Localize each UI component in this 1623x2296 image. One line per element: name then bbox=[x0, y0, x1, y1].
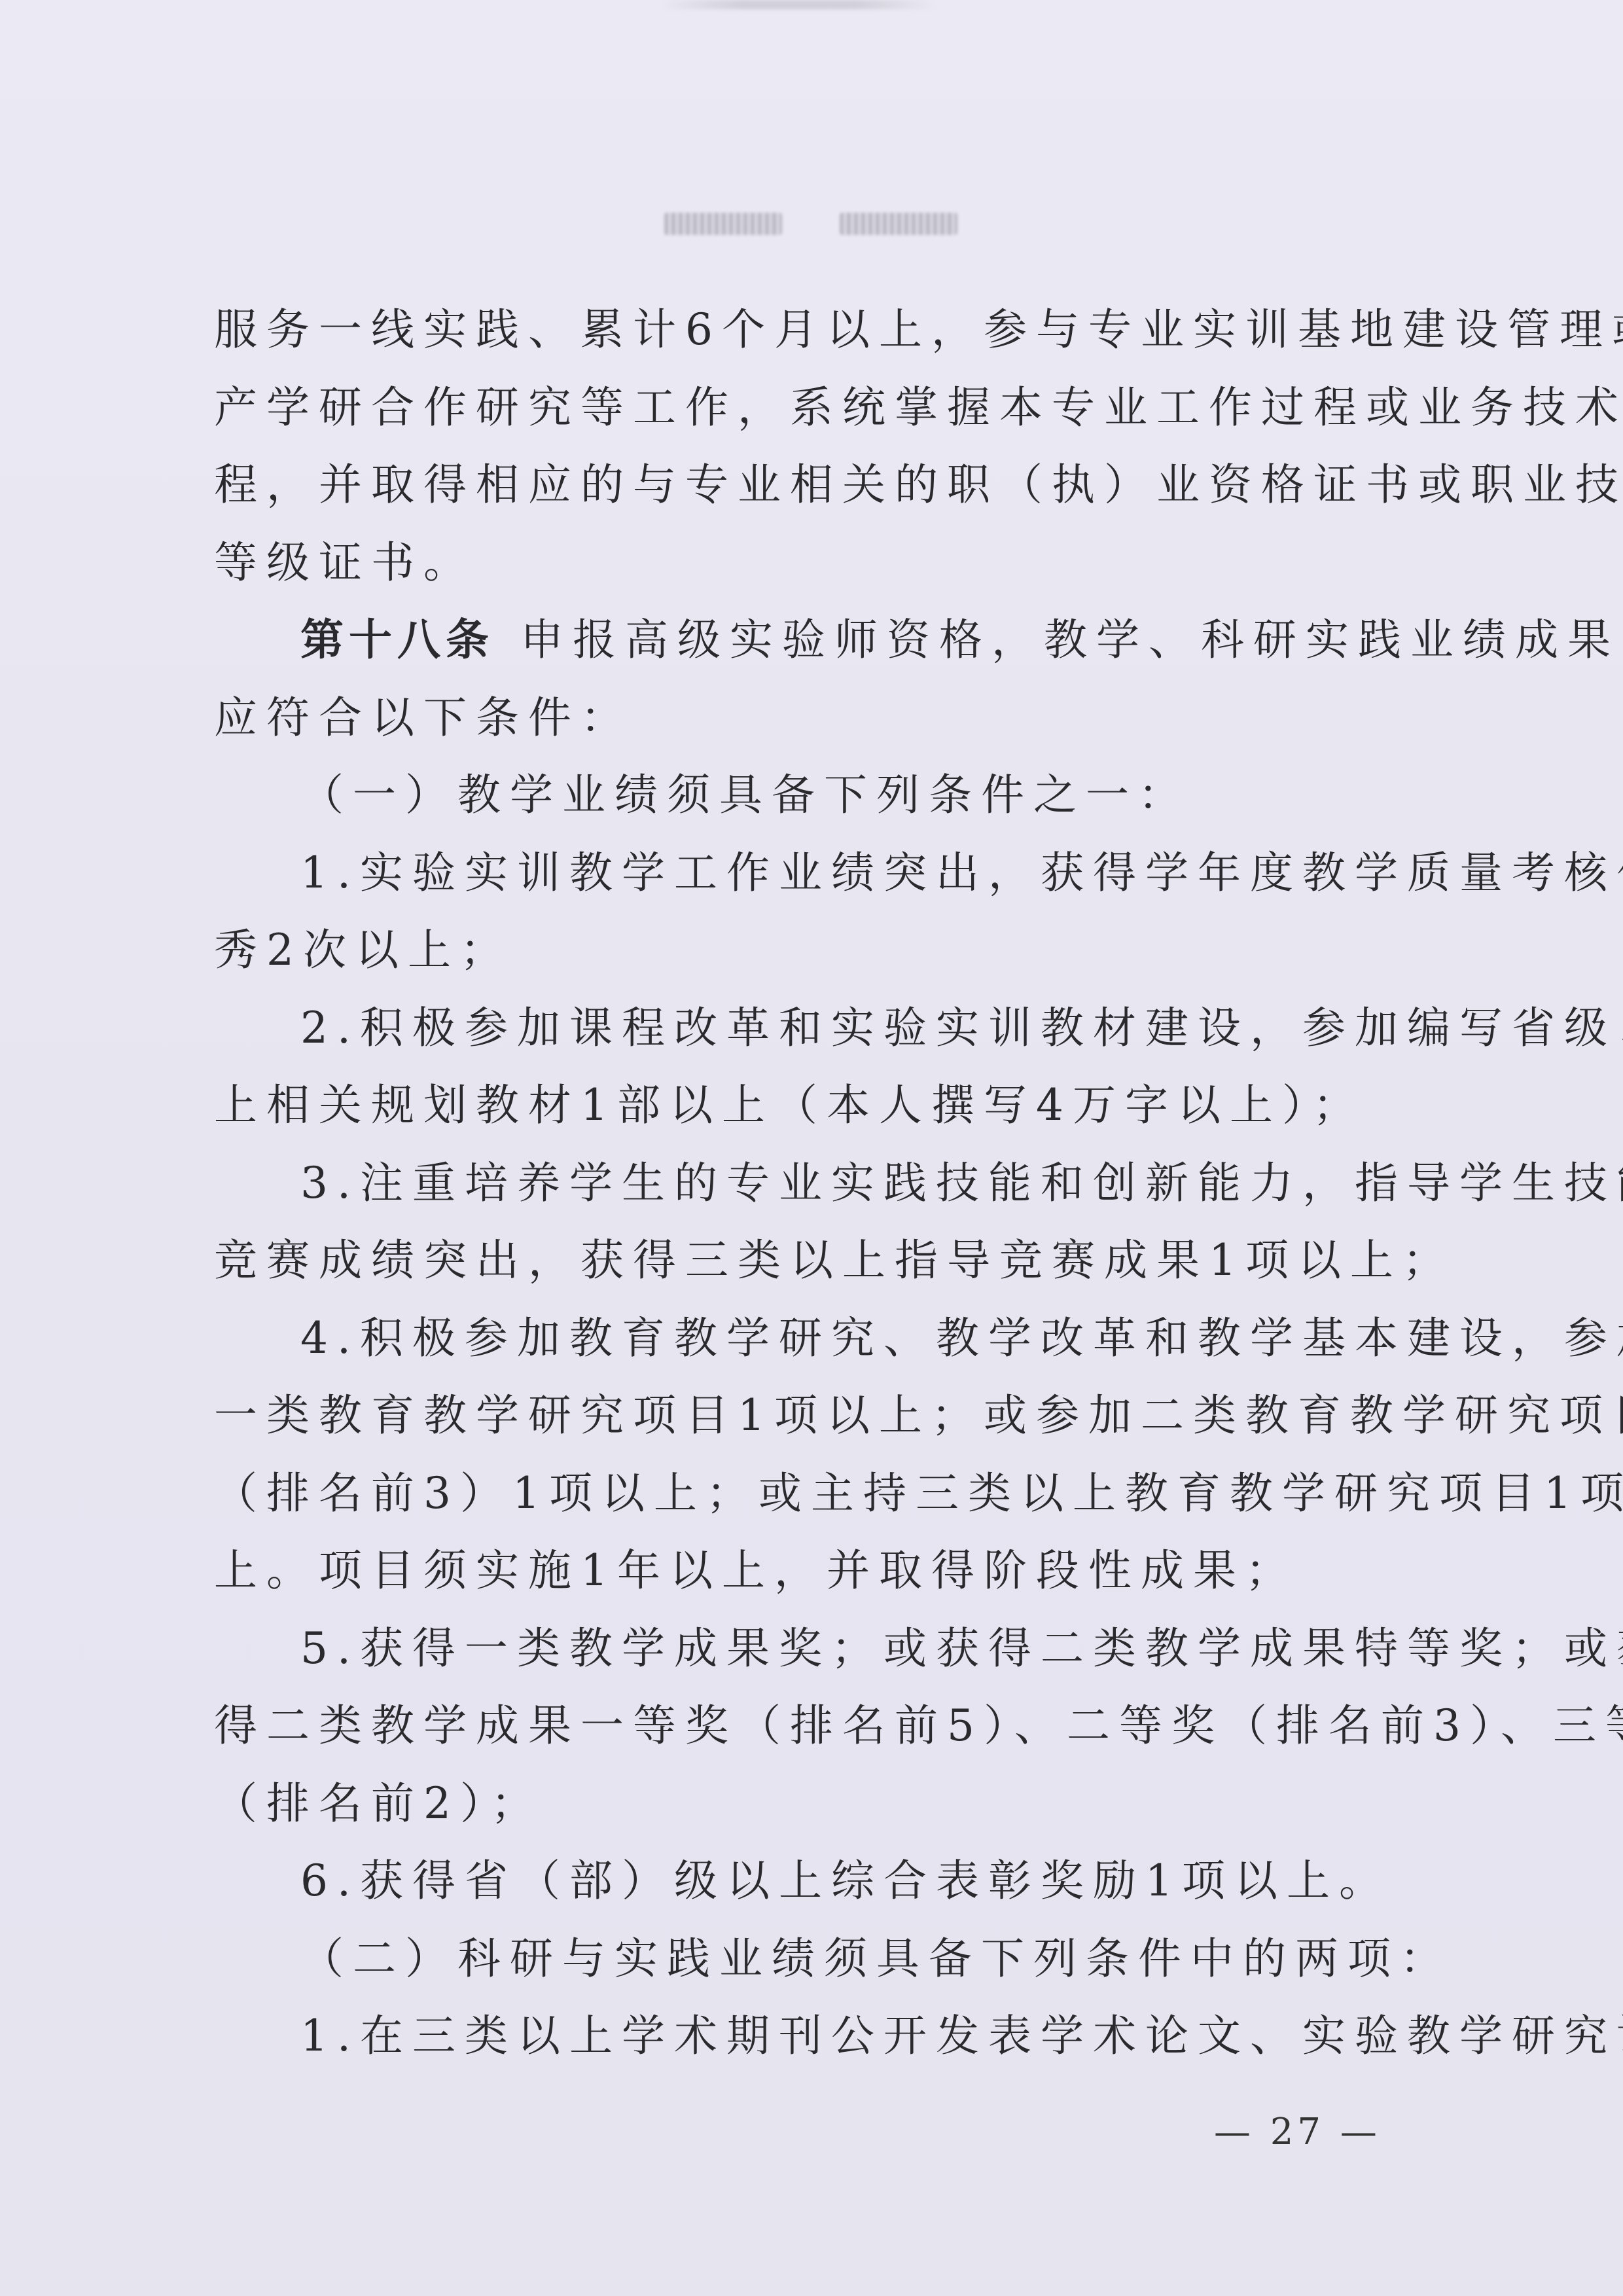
text-line: 3.注重培养学生的专业实践技能和创新能力，指导学生技能 bbox=[214, 1145, 1415, 1223]
list-item: 1.实验实训教学工作业绩突出，获得学年度教学质量考核优 秀2次以上； bbox=[214, 834, 1415, 990]
paragraph-article-17-continuation: 服务一线实践、累计6个月以上，参与专业实训基地建设管理或 产学研合作研究等工作，… bbox=[214, 291, 1415, 601]
text-line: 服务一线实践、累计6个月以上，参与专业实训基地建设管理或 bbox=[214, 291, 1415, 369]
text-line: 上相关规划教材1部以上（本人撰写4万字以上）； bbox=[214, 1067, 1415, 1145]
section-heading-teaching: （一）教学业绩须具备下列条件之一： bbox=[214, 757, 1415, 834]
text-line: 第十八条申报高级实验师资格，教学、科研实践业绩成果 bbox=[214, 601, 1415, 679]
text-line: 竞赛成绩突出，获得三类以上指导竞赛成果1项以上； bbox=[214, 1222, 1415, 1300]
text-line: 产学研合作研究等工作，系统掌握本专业工作过程或业务技术流 bbox=[214, 369, 1415, 447]
text-line: 4.积极参加教育教学研究、教学改革和教学基本建设，参加 bbox=[214, 1300, 1415, 1378]
text-line: 得二类教学成果一等奖（排名前5）、二等奖（排名前3）、三等奖 bbox=[214, 1687, 1415, 1765]
text-line: 秀2次以上； bbox=[214, 912, 1415, 990]
list-item: 6.获得省（部）级以上综合表彰奖励1项以上。 bbox=[214, 1842, 1415, 1920]
text-line: 5.获得一类教学成果奖；或获得二类教学成果特等奖；或获 bbox=[214, 1610, 1415, 1688]
text-line: 上。项目须实施1年以上，并取得阶段性成果； bbox=[214, 1532, 1415, 1610]
text-line: 程，并取得相应的与专业相关的职（执）业资格证书或职业技能 bbox=[214, 446, 1415, 524]
section-heading-research: （二）科研与实践业绩须具备下列条件中的两项： bbox=[214, 1920, 1415, 1998]
list-item: 3.注重培养学生的专业实践技能和创新能力，指导学生技能 竞赛成绩突出，获得三类以… bbox=[214, 1145, 1415, 1300]
text-line: （排名前3）1项以上；或主持三类以上教育教学研究项目1项以 bbox=[214, 1455, 1415, 1533]
list-item: 2.积极参加课程改革和实验实训教材建设，参加编写省级以 上相关规划教材1部以上（… bbox=[214, 990, 1415, 1145]
header-bleed-through bbox=[664, 213, 972, 239]
text-line: 等级证书。 bbox=[214, 524, 1415, 602]
page-number: — 27 — bbox=[1214, 2111, 1381, 2153]
list-item: 1.在三类以上学术期刊公开发表学术论文、实验教学研究论 bbox=[214, 1998, 1415, 2075]
list-item: 5.获得一类教学成果奖；或获得二类教学成果特等奖；或获 得二类教学成果一等奖（排… bbox=[214, 1610, 1415, 1843]
article-heading: 第十八条 bbox=[300, 615, 494, 665]
list-item: 4.积极参加教育教学研究、教学改革和教学基本建设，参加 一类教育教学研究项目1项… bbox=[214, 1300, 1415, 1610]
text-line: 一类教育教学研究项目1项以上；或参加二类教育教学研究项目 bbox=[214, 1377, 1415, 1455]
text-line: 2.积极参加课程改革和实验实训教材建设，参加编写省级以 bbox=[214, 990, 1415, 1067]
text-line: 1.实验实训教学工作业绩突出，获得学年度教学质量考核优 bbox=[214, 834, 1415, 912]
document-body: 服务一线实践、累计6个月以上，参与专业实训基地建设管理或 产学研合作研究等工作，… bbox=[214, 291, 1415, 2075]
paragraph-article-18: 第十八条申报高级实验师资格，教学、科研实践业绩成果 应符合以下条件： bbox=[214, 601, 1415, 757]
document-page: 服务一线实践、累计6个月以上，参与专业实训基地建设管理或 产学研合作研究等工作，… bbox=[0, 0, 1623, 2296]
text-line: 应符合以下条件： bbox=[214, 679, 1415, 757]
text-line: （排名前2）； bbox=[214, 1765, 1415, 1843]
header-bleed-through-top bbox=[661, 0, 936, 9]
article-text: 申报高级实验师资格，教学、科研实践业绩成果 bbox=[520, 615, 1620, 665]
